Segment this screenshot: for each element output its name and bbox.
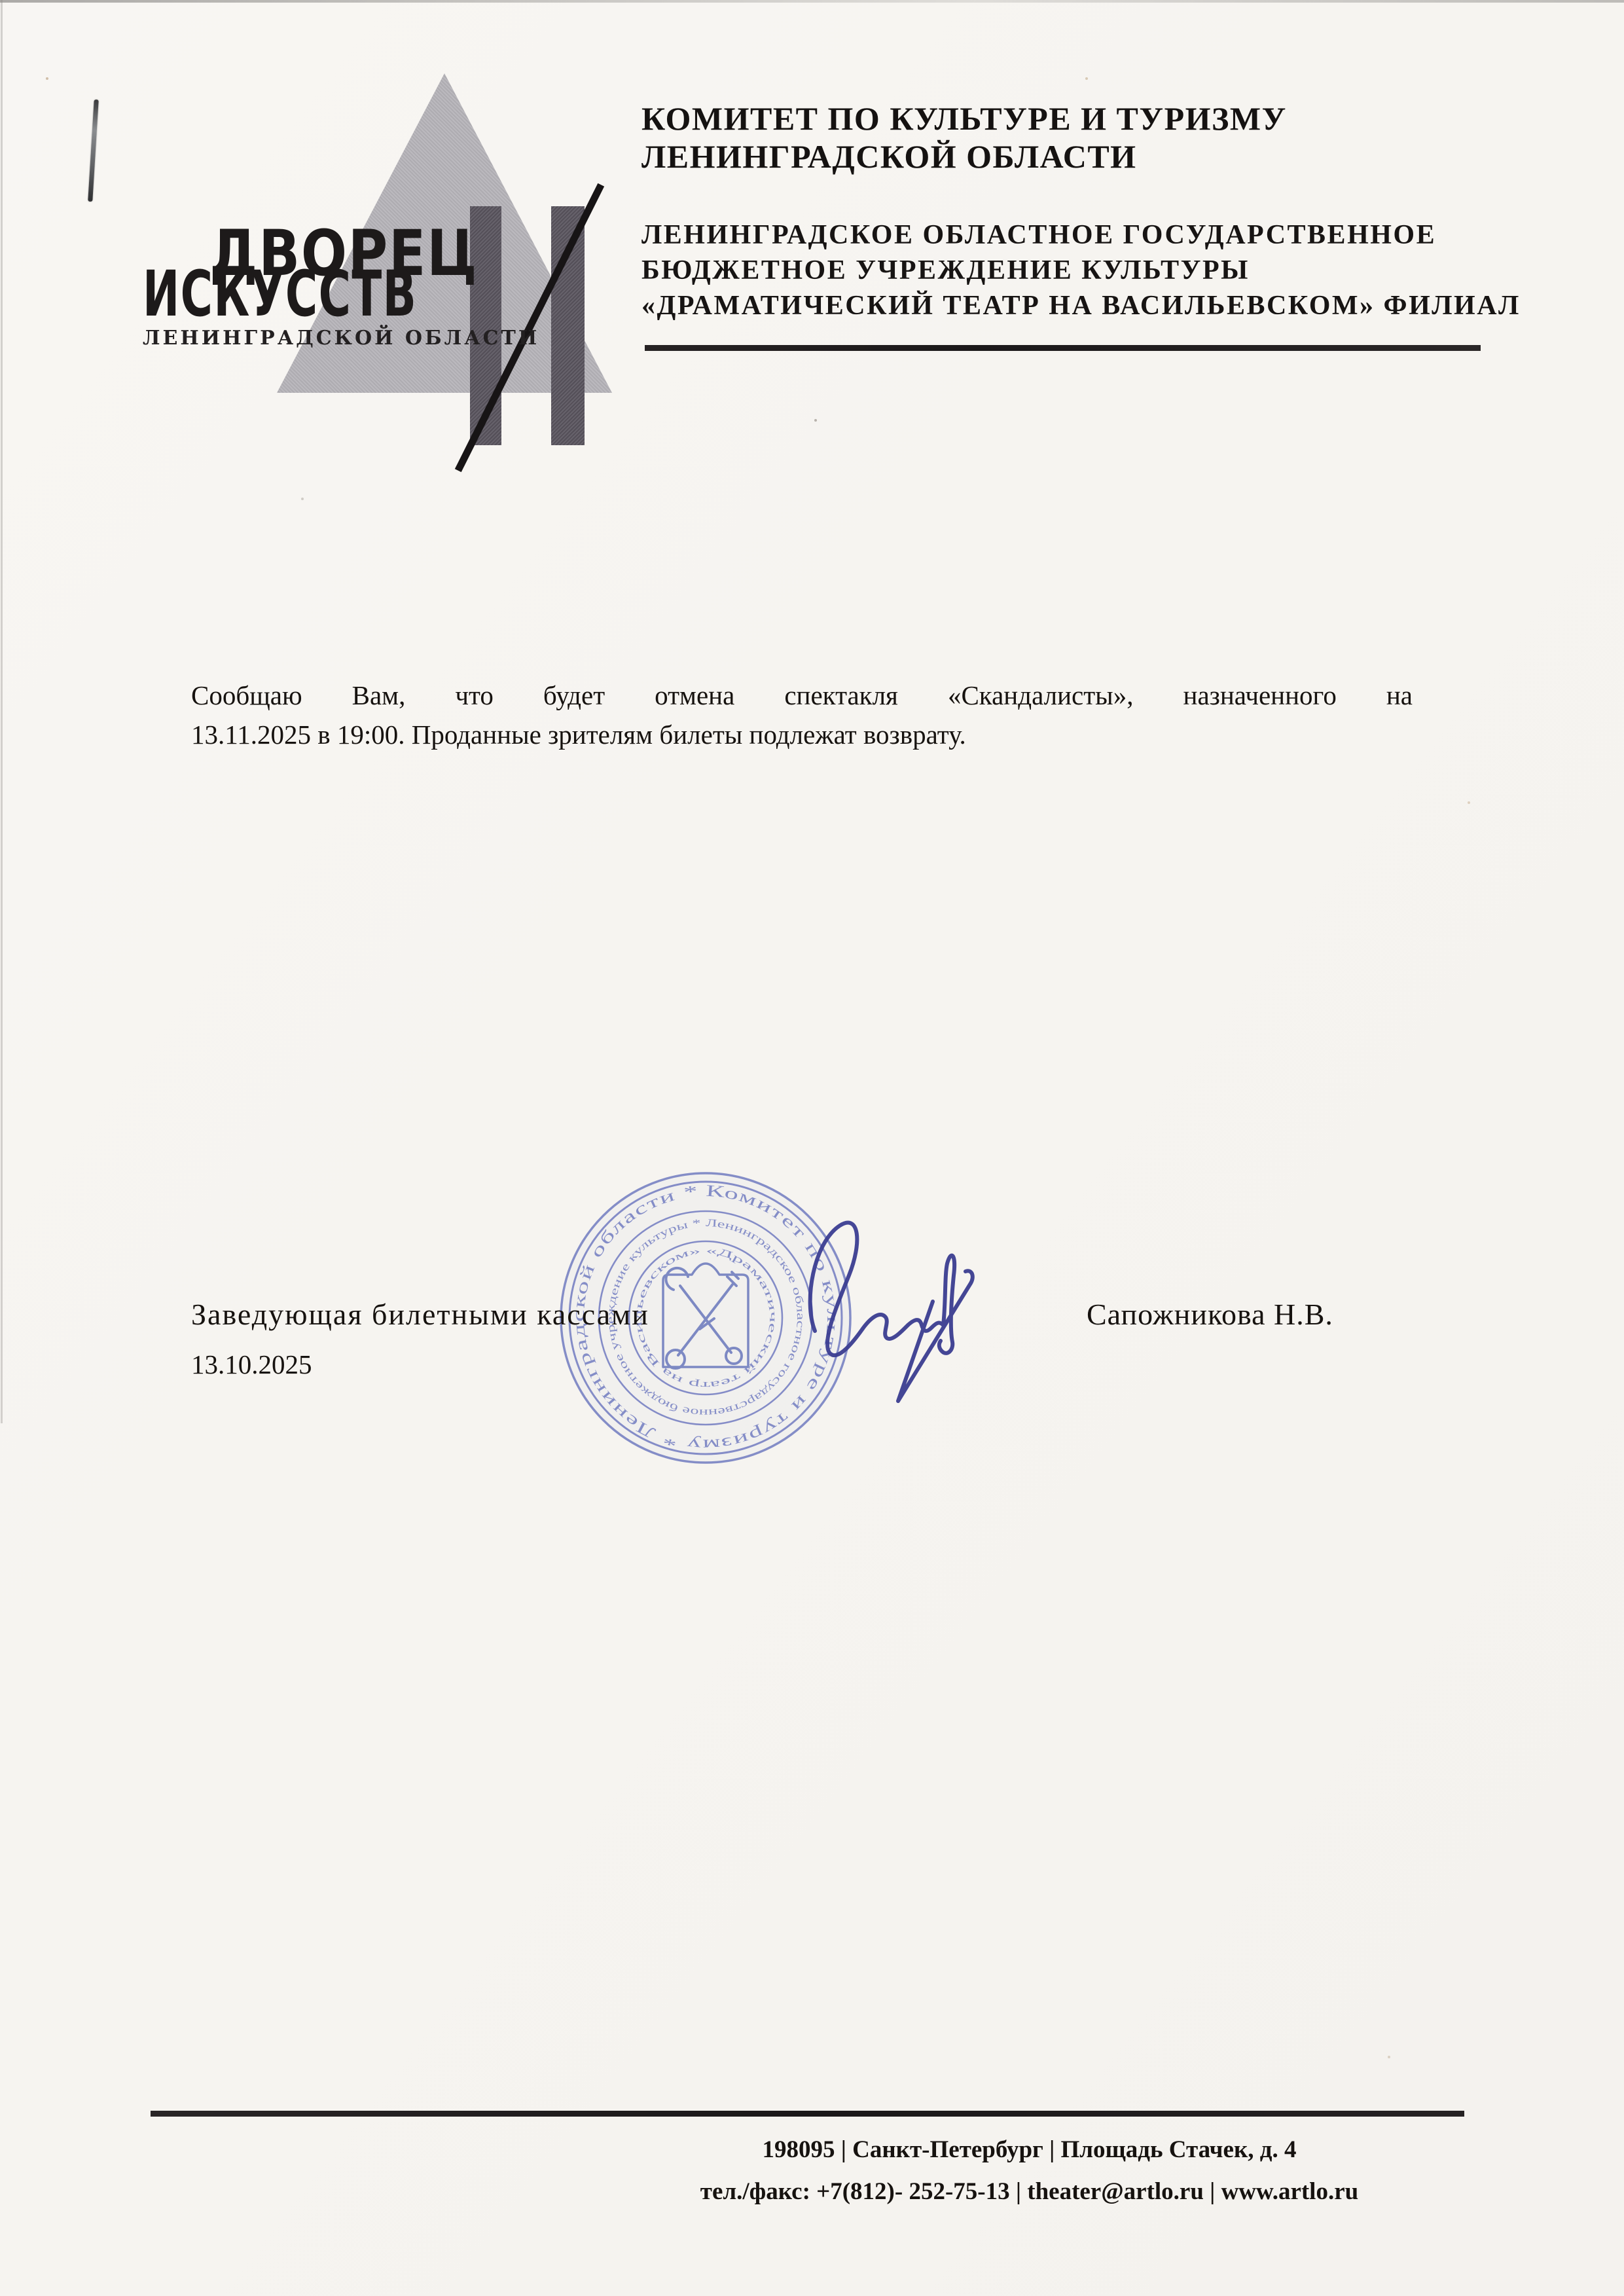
handwritten-signature xyxy=(776,1203,992,1413)
organization-line2: БЮДЖЕТНОЕ УЧРЕЖДЕНИЕ КУЛЬТУРЫ xyxy=(641,253,1521,288)
scan-edge-artifact-left xyxy=(1,0,3,1423)
logo-word-iskusstv: ИСКУССТВ xyxy=(143,263,417,325)
footer-contacts: 198095 | Санкт-Петербург | Площадь Стаче… xyxy=(589,2129,1470,2213)
palace-of-arts-logo: ДВОРЕЦ ИСКУССТВ ЛЕНИНГРАДСКОЙ ОБЛАСТИ xyxy=(137,62,635,494)
signing-person-name: Сапожникова Н.В. xyxy=(1087,1295,1333,1334)
footer-address-line: 198095 | Санкт-Петербург | Площадь Стаче… xyxy=(589,2129,1470,2171)
letterhead-divider-rule xyxy=(645,345,1481,351)
signing-date: 13.10.2025 xyxy=(191,1346,312,1383)
paper-specks xyxy=(46,77,48,80)
scan-edge-artifact-top xyxy=(0,0,1624,3)
body-line1: Сообщаю Вам, что будет отмена спектакля … xyxy=(191,676,1413,715)
organization-line1: ЛЕНИНГРАДСКОЕ ОБЛАСТНОЕ ГОСУДАРСТВЕННОЕ xyxy=(641,217,1521,253)
footer-divider-rule xyxy=(151,2111,1464,2117)
signing-position-title: Заведующая билетными кассами xyxy=(191,1295,649,1334)
committee-line2: ЛЕНИНГРАДСКОЙ ОБЛАСТИ xyxy=(641,137,1287,175)
staple xyxy=(88,100,99,202)
letterhead-committee: КОМИТЕТ ПО КУЛЬТУРЕ И ТУРИЗМУ ЛЕНИНГРАДС… xyxy=(641,100,1287,175)
letterhead-organization: ЛЕНИНГРАДСКОЕ ОБЛАСТНОЕ ГОСУДАРСТВЕННОЕ … xyxy=(641,217,1521,323)
footer-phone-web-line: тел./факс: +7(812)- 252-75-13 | theater@… xyxy=(589,2171,1470,2213)
committee-line1: КОМИТЕТ ПО КУЛЬТУРЕ И ТУРИЗМУ xyxy=(641,100,1287,137)
scanned-letter: ДВОРЕЦ ИСКУССТВ ЛЕНИНГРАДСКОЙ ОБЛАСТИ КО… xyxy=(0,0,1624,2296)
body-line2: 13.11.2025 в 19:00. Проданные зрителям б… xyxy=(191,715,1413,754)
logo-tagline: ЛЕНИНГРАДСКОЙ ОБЛАСТИ xyxy=(143,327,539,350)
letter-body-paragraph: Сообщаю Вам, что будет отмена спектакля … xyxy=(191,676,1413,754)
organization-line3: «ДРАМАТИЧЕСКИЙ ТЕАТР НА ВАСИЛЬЕВСКОМ» ФИ… xyxy=(641,288,1521,323)
